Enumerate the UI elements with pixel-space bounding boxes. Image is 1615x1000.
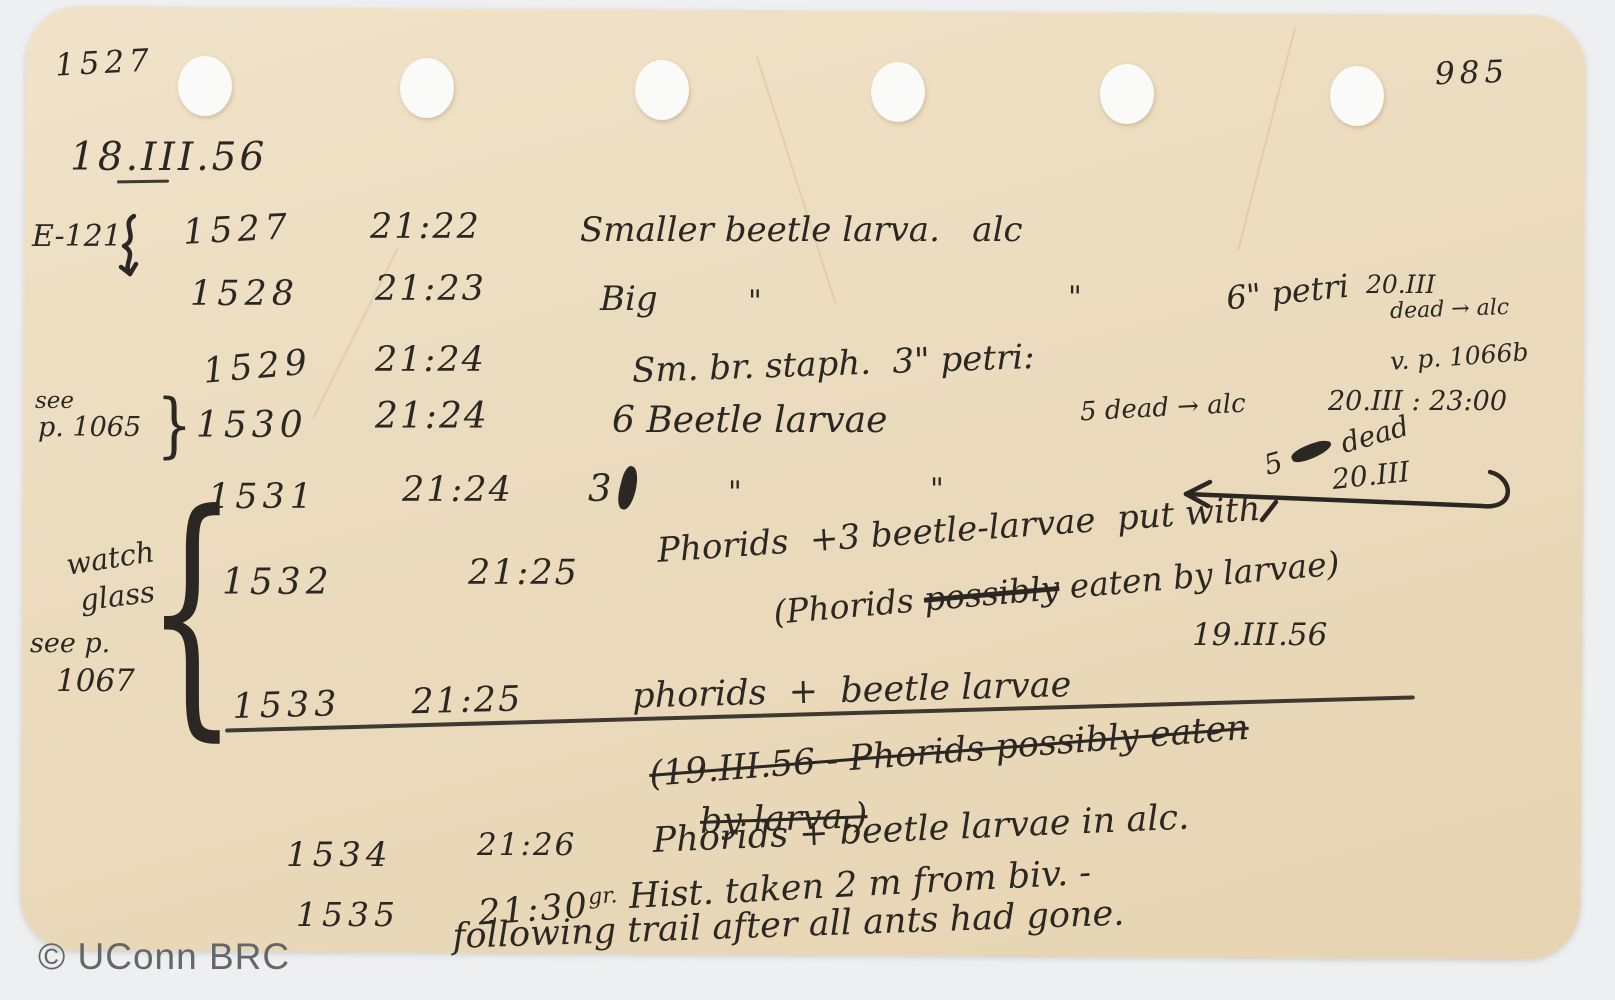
entry-number: 1533 bbox=[232, 684, 342, 727]
entry-time: 21:22 bbox=[370, 210, 481, 245]
entry-number: 1531 bbox=[208, 480, 317, 515]
punch-hole bbox=[871, 62, 925, 122]
copyright-watermark: © UConn BRC bbox=[38, 936, 290, 978]
punch-hole bbox=[400, 58, 454, 118]
entry-time: 21:24 bbox=[375, 399, 489, 435]
entry-note-date: 19.III.56 bbox=[1192, 620, 1327, 651]
scanned-notecard-page: 1527 985 18.III.56 E-121 1527 21:22 Smal… bbox=[0, 0, 1615, 1000]
entry-note-date: 20.III : 23:00 bbox=[1328, 388, 1507, 415]
entry-description: 6 Beetle larvae bbox=[612, 403, 887, 439]
entry-number: 1535 bbox=[296, 898, 400, 931]
entry-note: dead → alc bbox=[1390, 297, 1510, 323]
margin-bracket-arrow-icon bbox=[112, 212, 146, 284]
entry-note-date: 20.III bbox=[1366, 272, 1435, 297]
corner-number-right: 985 bbox=[1434, 57, 1509, 91]
paper-crease bbox=[1237, 27, 1297, 251]
entry-time: 21:24 bbox=[375, 343, 486, 378]
entry-number: 1532 bbox=[222, 565, 334, 601]
corner-number-left: 1527 bbox=[54, 45, 154, 81]
date-heading: 18.III.56 bbox=[70, 138, 267, 177]
entry-number: 1529 bbox=[202, 345, 314, 389]
entry-time: 21:25 bbox=[411, 679, 523, 722]
punch-hole bbox=[1100, 64, 1154, 124]
margin-see-note: see bbox=[35, 390, 74, 413]
entry-number: 1530 bbox=[196, 408, 308, 444]
ditto-mark: " bbox=[748, 287, 762, 317]
entry-time: 21:25 bbox=[468, 556, 579, 591]
entry-time: 21:24 bbox=[402, 473, 513, 508]
ditto-mark: " bbox=[1068, 283, 1082, 313]
margin-see-note: p. 1065 bbox=[38, 414, 141, 441]
experiment-label: E-121 bbox=[32, 222, 122, 252]
punch-hole bbox=[1330, 66, 1384, 126]
margin-see-note: 1067 bbox=[56, 666, 135, 697]
entry-time: 21:26 bbox=[477, 830, 576, 861]
punch-hole bbox=[635, 60, 689, 120]
paper-crease bbox=[756, 56, 838, 305]
margin-brace: } bbox=[156, 384, 192, 466]
entry-time-superscript: gr. bbox=[587, 883, 618, 910]
entry-description: Smaller beetle larva. alc bbox=[580, 213, 1023, 247]
punch-hole bbox=[178, 56, 232, 116]
entry-time: 21:23 bbox=[375, 272, 486, 307]
entry-count: 3 bbox=[588, 470, 612, 507]
entry-number: 1527 bbox=[182, 210, 293, 251]
entry-number: 1534 bbox=[286, 838, 393, 872]
margin-watch-glass: glass bbox=[79, 578, 157, 616]
ditto-mark: " bbox=[930, 475, 944, 505]
margin-see-note: see p. bbox=[30, 630, 110, 657]
ditto-mark: " bbox=[728, 478, 742, 508]
entry-description: Big bbox=[600, 282, 658, 316]
entry-number: 1528 bbox=[190, 277, 299, 312]
